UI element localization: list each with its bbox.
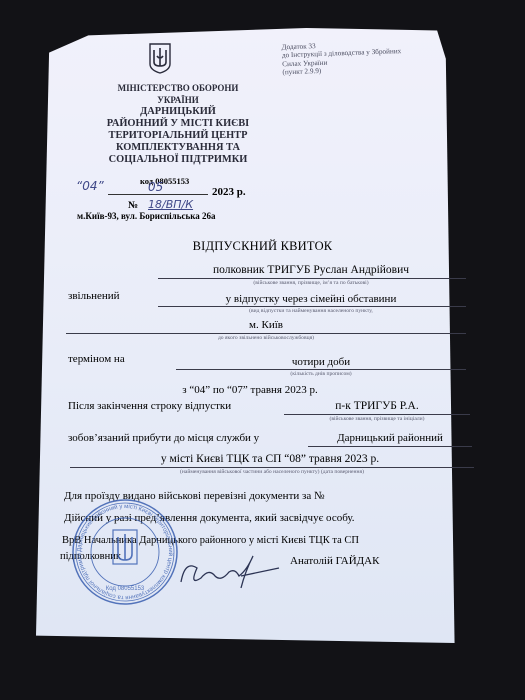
rule [158, 278, 466, 279]
organization-name: МІНІСТЕРСТВО ОБОРОНИУКРАЇНИДАРНИЦЬКИЙРАЙ… [64, 82, 292, 166]
rule [284, 414, 470, 415]
document-title: ВІДПУСКНИЙ КВИТОК [0, 239, 525, 254]
tryzub-icon [148, 42, 172, 74]
rule [176, 369, 466, 370]
address: м.Київ-93, вул. Бориспільська 26а [77, 211, 216, 221]
svg-text:Код 08055153: Код 08055153 [106, 586, 145, 592]
released-label: звільнений [68, 290, 120, 302]
after-leave-label: Після закінчення строку відпустки [68, 400, 231, 412]
person-name: полковник ТРИГУБ Руслан Андрійович [158, 264, 464, 276]
annex-note: Додаток 33 до Інструкції з діловодства у… [281, 37, 472, 77]
field-caption: (кількість днів прописом) [176, 371, 466, 377]
rule [308, 446, 472, 447]
org-line: МІНІСТЕРСТВО ОБОРОНИ [64, 82, 292, 94]
unit-line-2: у місті Києві ТЦК та СП “08” травня 2023… [70, 453, 470, 465]
date-month: 05 [148, 180, 163, 194]
obliged-label: зобов’язаний прибути до місця служби у [68, 432, 259, 444]
org-line: РАЙОННИЙ У МІСТІ КИЄВІ [64, 118, 292, 130]
city: м. Київ [66, 319, 466, 331]
unit-line-1: Дарницький районний [310, 432, 470, 444]
signature [175, 548, 285, 598]
signer-name: Анатолій ГАЙДАК [290, 555, 379, 567]
date-underline [108, 194, 208, 195]
rule [70, 467, 474, 468]
org-line: СОЦІАЛЬНОЇ ПІДТРИМКИ [64, 154, 292, 166]
rule [158, 306, 466, 307]
leave-period: з “04” по “07” травня 2023 р. [100, 384, 400, 396]
org-line: УКРАЇНИ [64, 94, 292, 106]
short-name: п-к ТРИГУБ Р.А. [286, 400, 468, 412]
org-line: КОМПЛЕКТУВАННЯ ТА [64, 142, 292, 154]
field-caption: до якого звільнено військовослужбовця) [66, 335, 466, 341]
org-line: ТЕРИТОРІАЛЬНИЙ ЦЕНТР [64, 130, 292, 142]
term-label: терміном на [68, 353, 125, 365]
rule [66, 333, 466, 334]
official-stamp: Дарницький районний у місті Києві терито… [70, 490, 180, 610]
number-value: 18/ВП/К [148, 198, 193, 211]
date-year: 2023 р. [212, 186, 246, 198]
date-day: “04” [76, 179, 104, 193]
field-caption: (найменування військової частини або нас… [70, 469, 474, 475]
field-caption: (військове звання, прізвище, ім’я та по … [158, 280, 464, 286]
field-caption: (військове звання, прізвище та ініціали) [284, 416, 470, 422]
number-label: № [128, 200, 138, 211]
term-value: чотири доби [176, 356, 466, 368]
field-caption: (вид відпустки та найменування населеног… [158, 308, 464, 314]
leave-type: у відпустку через сімейні обставини [158, 293, 464, 305]
org-line: ДАРНИЦЬКИЙ [64, 106, 292, 118]
